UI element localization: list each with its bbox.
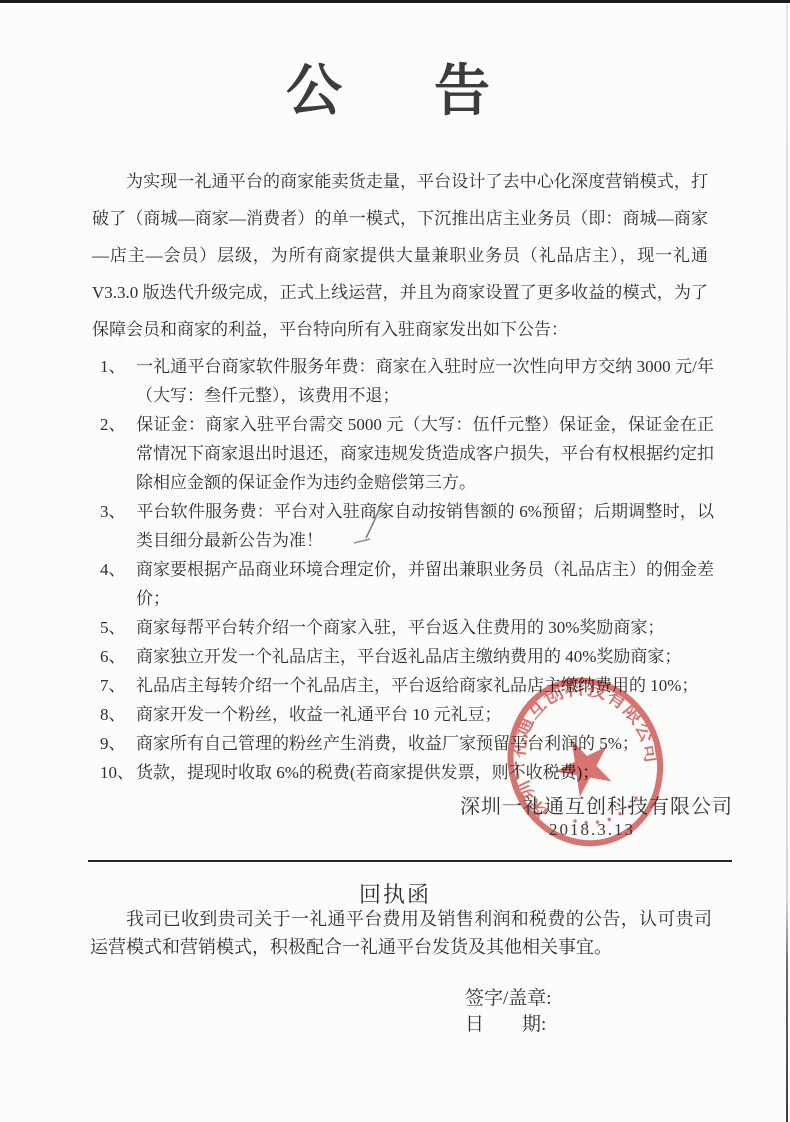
signature-date: 2018.3.13 bbox=[549, 820, 635, 840]
sign-stamp-label: 签字/盖章: bbox=[465, 986, 552, 1012]
pen-slash-mark bbox=[352, 498, 388, 550]
scan-edge-right bbox=[786, 4, 788, 1122]
item-text: 平台软件服务费：平台对入驻商家自动按销售额的 6%预留；后期调整时，以类目细分最… bbox=[136, 502, 714, 550]
list-item: 2、保证金：商家入驻平台需交 5000 元（大写：伍仟元整）保证金，保证金在正常… bbox=[100, 410, 714, 497]
item-number: 6、 bbox=[100, 642, 136, 671]
item-number: 7、 bbox=[100, 671, 136, 700]
item-text: 商家要根据产品商业环境合理定价，并留出兼职业务员（礼品店主）的佣金差价； bbox=[136, 560, 714, 608]
item-number: 10、 bbox=[100, 758, 136, 787]
item-number: 2、 bbox=[100, 410, 136, 439]
item-number: 1、 bbox=[100, 352, 136, 381]
date-label: 日 期: bbox=[465, 1012, 552, 1038]
list-item: 4、商家要根据产品商业环境合理定价，并留出兼职业务员（礼品店主）的佣金差价； bbox=[100, 555, 714, 613]
item-text: 保证金：商家入驻平台需交 5000 元（大写：伍仟元整）保证金，保证金在正常情况… bbox=[136, 415, 714, 492]
receipt-body: 我司已收到贵司关于一礼通平台费用及销售利润和税费的公告，认可贵司运营模式和营销模… bbox=[90, 905, 712, 961]
item-text: 商家开发一个粉丝，收益一礼通平台 10 元礼豆； bbox=[136, 705, 502, 724]
scanned-announcement-page: 公告 为实现一礼通平台的商家能卖货走量，平台设计了去中心化深度营销模式，打破了（… bbox=[0, 0, 790, 1122]
list-item: 3、平台软件服务费：平台对入驻商家自动按销售额的 6%预留；后期调整时，以类目细… bbox=[100, 497, 714, 555]
item-number: 4、 bbox=[100, 555, 136, 584]
list-item: 1、一礼通平台商家软件服务年费：商家在入驻时应一次性向甲方交纳 3000 元/年… bbox=[100, 352, 714, 410]
page-title: 公告 bbox=[286, 62, 582, 124]
item-text: 商家独立开发一个礼品店主，平台返礼品店主缴纳费用的 40%奖励商家； bbox=[136, 647, 681, 666]
item-text: 商家每帮平台转介绍一个商家入驻，平台返入住费用的 30%奖励商家； bbox=[136, 618, 664, 637]
item-number: 3、 bbox=[100, 497, 136, 526]
item-number: 9、 bbox=[100, 729, 136, 758]
item-text: 一礼通平台商家软件服务年费：商家在入驻时应一次性向甲方交纳 3000 元/年（大… bbox=[136, 357, 714, 405]
receipt-sign-block: 签字/盖章: 日 期: bbox=[465, 986, 552, 1038]
item-number: 5、 bbox=[100, 613, 136, 642]
list-item: 6、商家独立开发一个礼品店主，平台返礼品店主缴纳费用的 40%奖励商家； bbox=[100, 642, 714, 671]
scan-edge-top bbox=[0, 0, 790, 3]
section-divider bbox=[88, 860, 732, 862]
intro-paragraph: 为实现一礼通平台的商家能卖货走量，平台设计了去中心化深度营销模式，打破了（商城—… bbox=[92, 163, 708, 348]
signature-company: 深圳一礼通互创科技有限公司 bbox=[460, 790, 733, 819]
list-item: 5、商家每帮平台转介绍一个商家入驻，平台返入住费用的 30%奖励商家； bbox=[100, 613, 714, 642]
item-number: 8、 bbox=[100, 700, 136, 729]
